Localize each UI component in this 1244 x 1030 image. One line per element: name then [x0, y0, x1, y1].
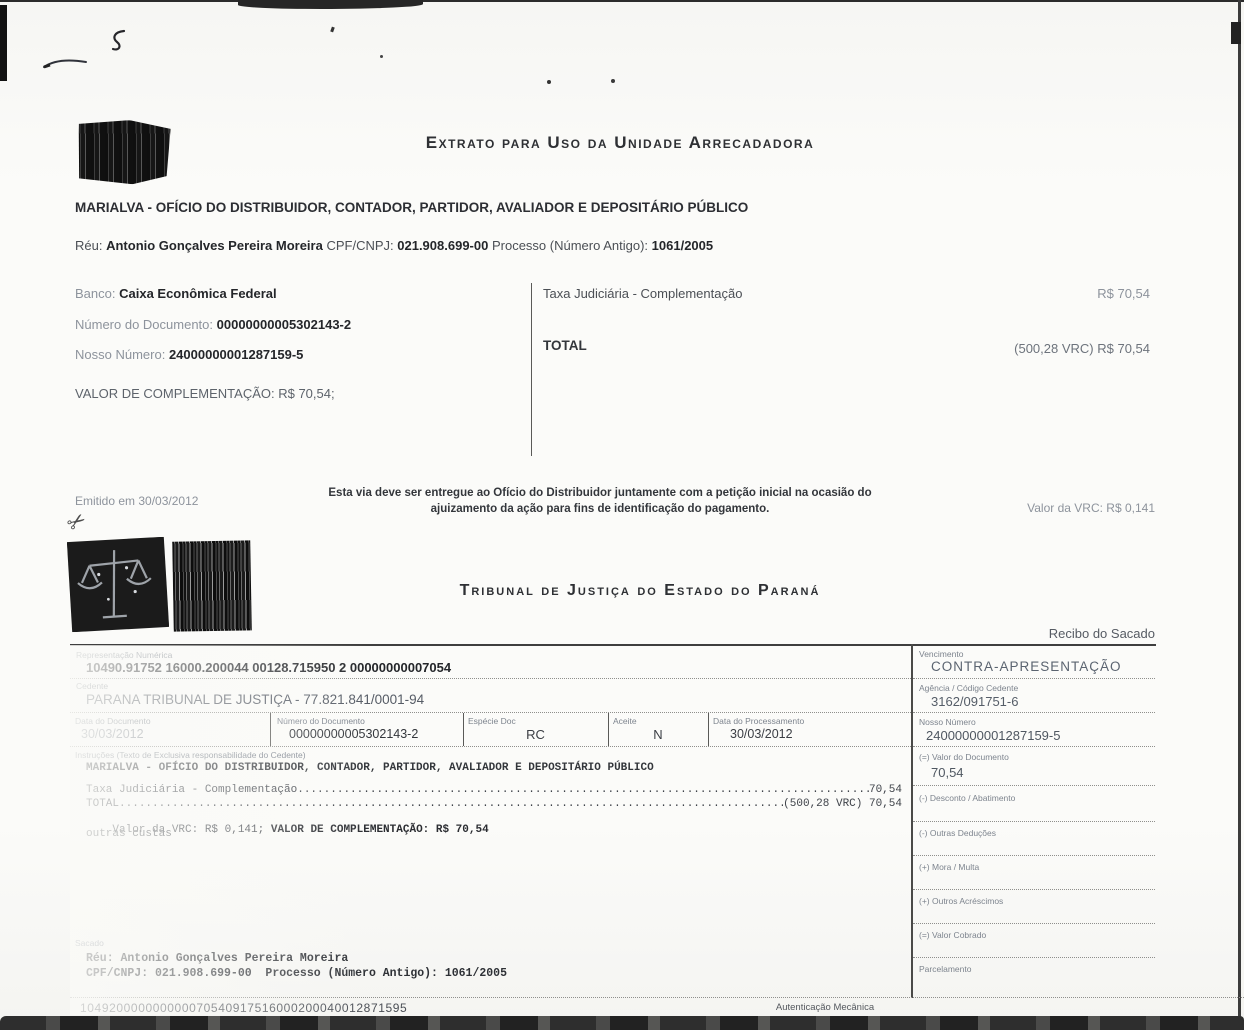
especie-label: Espécie Doc: [468, 716, 516, 726]
scan-artifact-left-strip: [0, 5, 7, 81]
barcode-numeric: 1049200000000000705409175160002000400128…: [80, 1001, 407, 1015]
scanned-boleto-page: Extrato para Uso da Unidade Arrecadadora…: [0, 0, 1244, 1030]
reu-line: Réu: Antonio Gonçalves Pereira Moreira C…: [75, 238, 713, 253]
scan-artifact-pen-squiggle: [106, 28, 132, 54]
acrescimos-label: (+) Outros Acréscimos: [919, 896, 1003, 906]
cell-divider: [270, 713, 271, 746]
nossonum-value: 24000000001287159-5: [169, 347, 303, 362]
right-row-divider: [913, 855, 1155, 856]
instr-taxa-value: 70,54: [869, 784, 902, 796]
table-top-border: [70, 644, 1156, 646]
instrucoes-line1: MARIALVA - OFÍCIO DO DISTRIBUIDOR, CONTA…: [86, 762, 654, 774]
numdoc-line: Número do Documento: 00000000005302143-2: [75, 317, 351, 332]
total-label: TOTAL: [543, 338, 587, 353]
nossonum-line: Nosso Número: 24000000001287159-5: [75, 347, 303, 362]
recibo-sacado: Recibo do Sacado: [955, 626, 1155, 641]
repr-value: 10490.91752 16000.200044 00128.715950 2 …: [86, 660, 451, 675]
repr-label: Representação Numérica: [76, 650, 172, 660]
emitido-line: Emitido em 30/03/2012: [75, 494, 198, 508]
cell-divider: [708, 713, 709, 746]
processo-value: 1061/2005: [652, 238, 713, 253]
scan-artifact-right-nub: [1231, 22, 1241, 44]
banco-value: Caixa Econômica Federal: [119, 286, 277, 301]
scan-artifact-dust: [330, 27, 335, 33]
num-doc-value: 00000000005302143-2: [289, 727, 418, 741]
scan-artifact-pen-stroke: [42, 54, 88, 70]
scan-artifact-dust: [380, 55, 383, 58]
cedente-label: Cedente: [76, 681, 108, 691]
numdoc-value: 00000000005302143-2: [217, 317, 351, 332]
deducoes-label: (-) Outras Deduções: [919, 828, 996, 838]
right-row-divider: [913, 889, 1155, 890]
nosso-numero-label: Nosso Número: [919, 717, 976, 727]
right-row-divider: [913, 746, 1155, 747]
nosso-numero-value: 24000000001287159-5: [926, 728, 1060, 743]
mora-label: (+) Mora / Multa: [919, 862, 979, 872]
right-row-divider: [913, 785, 1155, 786]
sacado-line2: CPF/CNPJ: 021.908.699-00 Processo (Númer…: [86, 967, 507, 980]
desconto-label: (-) Desconto / Abatimento: [919, 793, 1015, 803]
taxa-label: Taxa Judiciária - Complementação: [543, 286, 742, 301]
processo-label: Processo (Número Antigo):: [492, 238, 648, 253]
cedente-value: PARANA TRIBUNAL DE JUSTIÇA - 77.821.841/…: [86, 692, 424, 707]
row-divider: [70, 678, 911, 679]
agencia-label: Agência / Código Cedente: [919, 683, 1018, 693]
num-doc-label: Número do Documento: [277, 716, 365, 726]
sacado-label: Sacado: [75, 938, 104, 948]
vencimento-label: Vencimento: [919, 649, 963, 659]
instrucoes-taxa-line: Taxa Judiciária - Complementação .......…: [86, 784, 902, 796]
leader-dots: ........................................…: [297, 784, 869, 796]
cpf-label: CPF/CNPJ:: [326, 238, 393, 253]
instr-total-label: TOTAL: [86, 798, 119, 810]
agencia-value: 3162/091751-6: [931, 694, 1018, 709]
scan-artifact-bottom-band: [0, 1016, 1244, 1030]
scan-artifact-right-edge: [1238, 0, 1241, 1030]
delivery-notice: Esta via deve ser entregue ao Ofício do …: [300, 485, 900, 517]
leader-dots: ........................................…: [119, 798, 783, 810]
instrucoes-total-line: TOTAL ..................................…: [86, 798, 902, 810]
instr-valor-comp: VALOR DE COMPLEMENTAÇÃO: R$ 70,54: [271, 824, 489, 836]
data-proc-label: Data do Processamento: [713, 716, 804, 726]
extrato-title: Extrato para Uso da Unidade Arrecadadora: [310, 133, 930, 153]
aceite-label: Aceite: [613, 716, 637, 726]
numdoc-label: Número do Documento:: [75, 317, 213, 332]
scan-artifact-top-smudge: [238, 0, 423, 9]
data-proc-value: 30/03/2012: [730, 727, 793, 741]
scan-artifact-dust: [547, 80, 551, 84]
row-divider: [70, 712, 911, 713]
valor-doc-value: 70,54: [931, 765, 964, 780]
parcelamento-label: Parcelamento: [919, 964, 971, 974]
column-divider: [531, 283, 532, 456]
especie-value: RC: [463, 727, 608, 742]
banco-line: Banco: Caixa Econômica Federal: [75, 286, 277, 301]
cpf-value: 021.908.699-00: [397, 238, 488, 253]
instrucoes-label: Instruções (Texto de Exclusiva responsab…: [75, 750, 306, 760]
tj-logo-scales: [67, 537, 169, 633]
instr-taxa-label: Taxa Judiciária - Complementação: [86, 784, 297, 796]
vrc-value: Valor da VRC: R$ 0,141: [960, 501, 1155, 515]
scan-artifact-top-edge: [0, 0, 1244, 2]
tj-logo-barcode: [172, 540, 252, 631]
taxa-value: R$ 70,54: [990, 286, 1150, 301]
data-doc-value: 30/03/2012: [81, 727, 144, 741]
instrucoes-outras: outras custas: [86, 828, 172, 840]
instr-total-value: (500,28 VRC) 70,54: [783, 798, 902, 810]
office-line: MARIALVA - OFÍCIO DO DISTRIBUIDOR, CONTA…: [75, 200, 748, 215]
valor-cobrado-label: (=) Valor Cobrado: [919, 930, 986, 940]
right-row-divider: [913, 712, 1155, 713]
reu-name: Antonio Gonçalves Pereira Moreira: [106, 238, 323, 253]
right-row-divider: [913, 678, 1155, 679]
scissors-icon: ✂: [62, 507, 91, 538]
sacado-line1: Réu: Antonio Gonçalves Pereira Moreira: [86, 952, 348, 965]
tj-logo-smudged: [77, 119, 171, 185]
right-row-divider: [913, 957, 1155, 958]
delivery-notice-line1: Esta via deve ser entregue ao Ofício do …: [300, 485, 900, 501]
delivery-notice-line2: ajuizamento da ação para fins de identif…: [300, 501, 900, 517]
tribunal-title: Tribunal de Justiça do Estado do Paraná: [340, 582, 940, 600]
autenticacao-mecanica: Autenticação Mecânica: [700, 1002, 950, 1013]
banco-label: Banco:: [75, 286, 115, 301]
valor-doc-label: (=) Valor do Documento: [919, 752, 1009, 762]
valor-complementacao: VALOR DE COMPLEMENTAÇÃO: R$ 70,54;: [75, 386, 335, 401]
scan-artifact-dust: [611, 79, 615, 83]
reu-label: Réu:: [75, 238, 102, 253]
aceite-value: N: [608, 727, 708, 742]
table-bottom-border: [70, 997, 1244, 998]
right-row-divider: [913, 923, 1155, 924]
right-row-divider: [913, 821, 1155, 822]
nossonum-label: Nosso Número:: [75, 347, 165, 362]
vencimento-value: CONTRA-APRESENTAÇÃO: [931, 659, 1122, 674]
data-doc-label: Data do Documento: [75, 716, 151, 726]
row-divider: [70, 746, 911, 747]
total-value: (500,28 VRC) R$ 70,54: [950, 341, 1150, 356]
